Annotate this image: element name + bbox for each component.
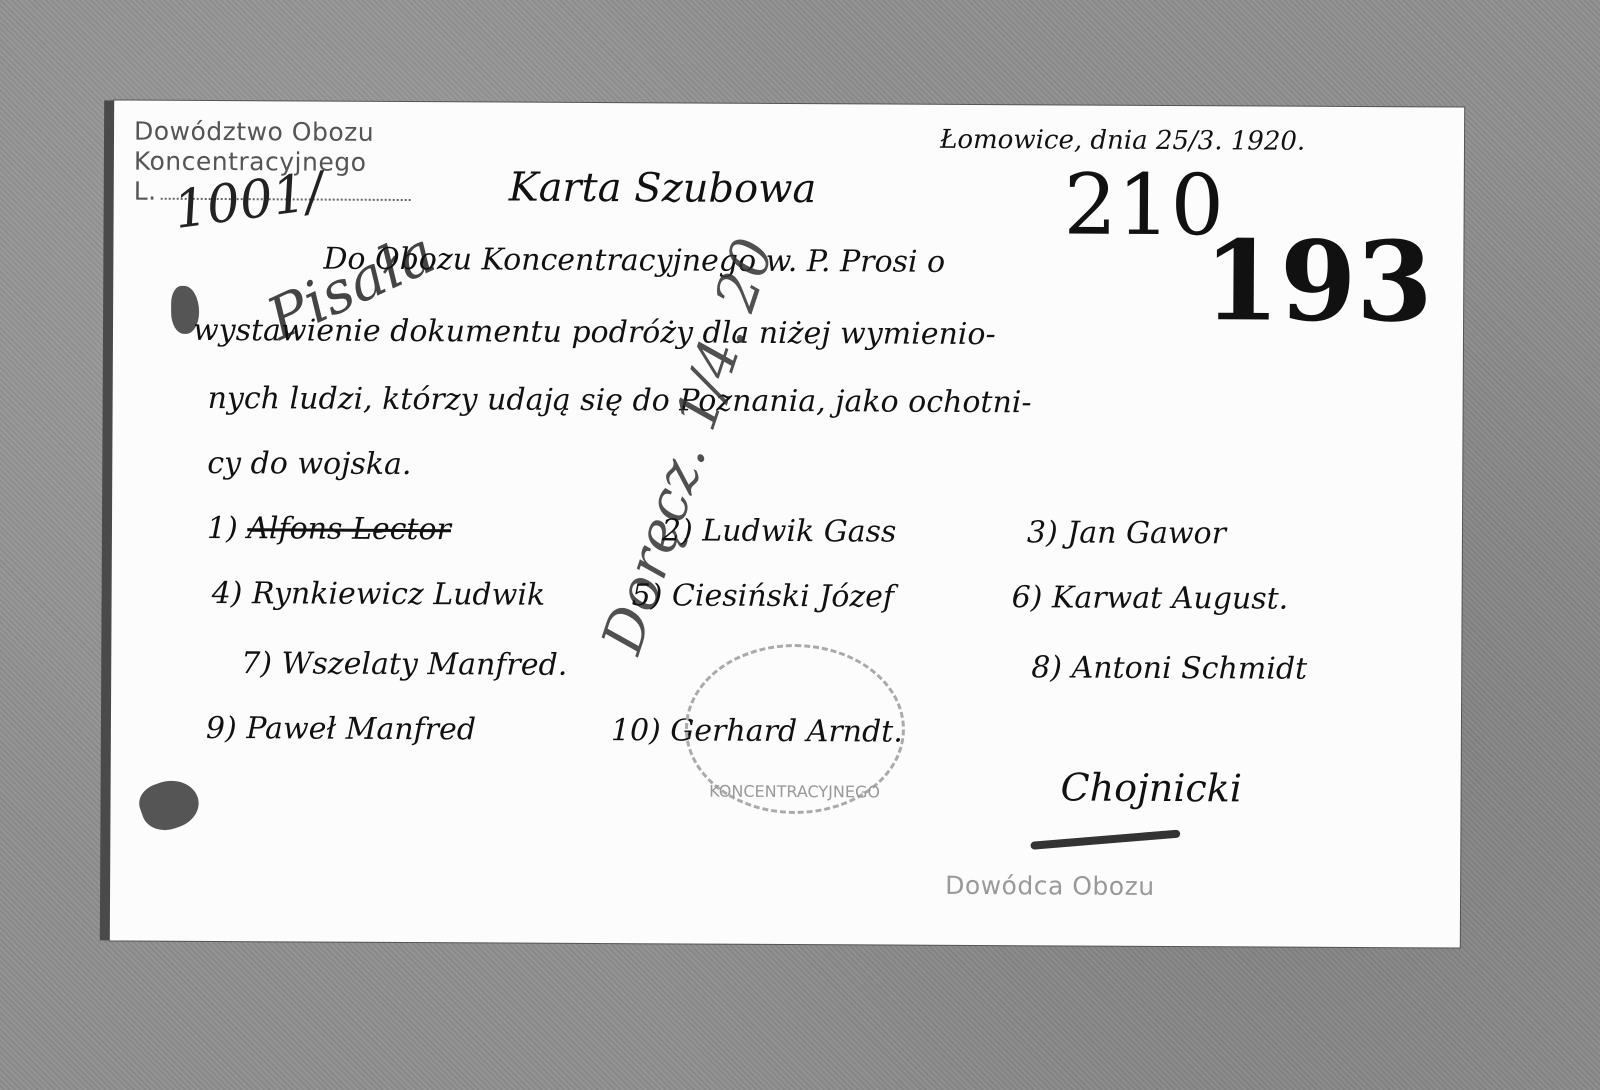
list-item: 7) Wszelaty Manfred. (241, 646, 567, 683)
list-item: 6) Karwat August. (1012, 580, 1289, 616)
letterhead-line-1: Dowództwo Obozu (134, 117, 411, 148)
list-item: 2) Ludwik Gass (662, 513, 897, 549)
large-number-2: 193 (1203, 216, 1433, 346)
list-item: 9) Paweł Manfred (206, 711, 476, 747)
body-line-3: nych ludzi, którzy udają się do Poznania… (208, 381, 1032, 420)
signature-stroke (1030, 830, 1180, 850)
list-item: 4) Rynkiewicz Ludwik (212, 576, 546, 613)
body-line-2: wystawienie dokumentu podróży dla niżej … (193, 313, 996, 352)
struck-name: Alfons Lector (247, 511, 451, 547)
reference-prefix: L. (134, 177, 157, 206)
list-item: 3) Jan Gawor (1027, 515, 1226, 551)
document-card: Dowództwo Obozu Koncentracyjnego L. 1001… (110, 100, 1464, 947)
body-line-1: Do Obozu Koncentracyjnego w. P. Prosi o (323, 242, 945, 280)
signature: Chojnicki (1061, 765, 1243, 810)
list-item: 8) Antoni Schmidt (1031, 650, 1307, 686)
list-item: 1) Alfons Lector (207, 511, 451, 547)
large-number-1: 210 (1063, 155, 1224, 254)
names-list: 1) Alfons Lector 2) Ludwik Gass 3) Jan G… (114, 100, 1464, 107)
place-date: Łomowice, dnia 25/3. 1920. (940, 125, 1305, 157)
ink-blot (134, 772, 205, 837)
printed-footer: Dowódca Obozu (945, 871, 1155, 902)
addressee: Karta Szubowa (509, 165, 817, 213)
body-line-4: cy do wojska. (207, 446, 411, 482)
official-stamp: KONCENTRACYJNEGO (684, 643, 905, 814)
list-item: 5) Ciesiński Józef (632, 578, 895, 614)
